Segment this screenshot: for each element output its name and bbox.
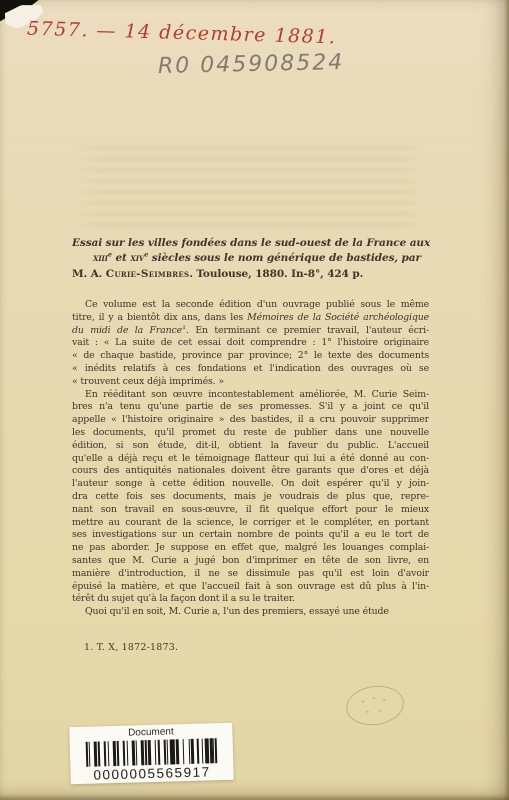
text-line: ne pas aborder. Je suppose en effet que,… [72, 542, 429, 555]
text-line: « trouvent ceux déjà imprimés. » [72, 376, 429, 389]
text-line: ses investigations sur un certain nombre… [72, 529, 429, 542]
reference-entry: Essai sur les villes fondées dans le sud… [72, 236, 430, 282]
barcode-number: 0000005565917 [93, 764, 210, 782]
text-line: qu'elle a déjà reçu et le témoignage fla… [72, 453, 429, 466]
text-line: l'auteur songe à cette édition nouvelle.… [72, 478, 429, 491]
text-line: Essai sur les villes fondées dans le sud… [72, 236, 430, 251]
barcode [86, 738, 217, 767]
text-line: « de chaque bastide, province par provin… [72, 350, 429, 363]
text-line: Quoi qu'il en soit, M. Curie a, l'un des… [72, 606, 429, 619]
text-line: térêt du sujet qu'à la façon dont il a s… [72, 593, 429, 606]
text-line: dra cette fois ses documents, mais je vo… [72, 491, 429, 504]
text-line: appelle « l'histoire originaire » des ba… [72, 414, 429, 427]
ink-bleed-ghost [76, 142, 424, 234]
page-edge-right [504, 0, 509, 800]
body-text: Ce volume est la seconde édition d'un ou… [72, 299, 429, 619]
text-line: nant son travail en sous-œuvre, il fit q… [72, 504, 429, 517]
text-line: cours des antiquités nationales doivent … [72, 465, 429, 478]
footnote: 1. T. X, 1872-1873. [84, 642, 178, 653]
text-line: « inédits relatifs à ces fondations et l… [72, 363, 429, 376]
text-line: Ce volume est la seconde édition d'un ou… [72, 299, 429, 312]
scanned-page: 5757. — 14 décembre 1881. R0 045908524 E… [0, 0, 509, 800]
paragraph: Quoi qu'il en soit, M. Curie a, l'un des… [72, 606, 429, 619]
text-line: épuisé la matière, et que l'accueil fait… [72, 581, 429, 594]
red-ink-inscription: 5757. — 14 décembre 1881. [27, 20, 337, 48]
text-line: titre, il y a bientôt dix ans, dans les … [72, 312, 429, 325]
barcode-label: Document 0000005565917 [69, 723, 234, 785]
text-line: manière d'introduction, il ne se dissimu… [72, 568, 429, 581]
text-line: vait : « La suite de cet essai doit comp… [72, 337, 429, 350]
text-line: En rééditant son œuvre incontestablement… [72, 389, 429, 402]
pencil-inventory-number: R0 045908524 [158, 52, 345, 78]
text-line: les documents, qu'il promet du reste de … [72, 427, 429, 440]
text-line: M. A. Curie-Seimbres. Toulouse, 1880. In… [72, 267, 430, 282]
library-stamp [344, 682, 407, 729]
page-edge-bottom [0, 794, 509, 800]
text-line: bres n'a tenu qu'une partie de ses prome… [72, 401, 429, 414]
text-line: mettre au courant de la science, le corr… [72, 517, 429, 530]
text-line: xiiie et xive siècles sous le nom généri… [72, 251, 430, 266]
barcode-title: Document [128, 726, 174, 738]
text-line: du midi de la France1. En terminant ce p… [72, 325, 429, 338]
text-line: santes que M. Curie a jugé bon d'imprime… [72, 555, 429, 568]
paragraph: En rééditant son œuvre incontestablement… [72, 389, 429, 607]
text-line: édition, si son étude, dit-il, obtient l… [72, 440, 429, 453]
paragraph: Ce volume est la seconde édition d'un ou… [72, 299, 429, 389]
